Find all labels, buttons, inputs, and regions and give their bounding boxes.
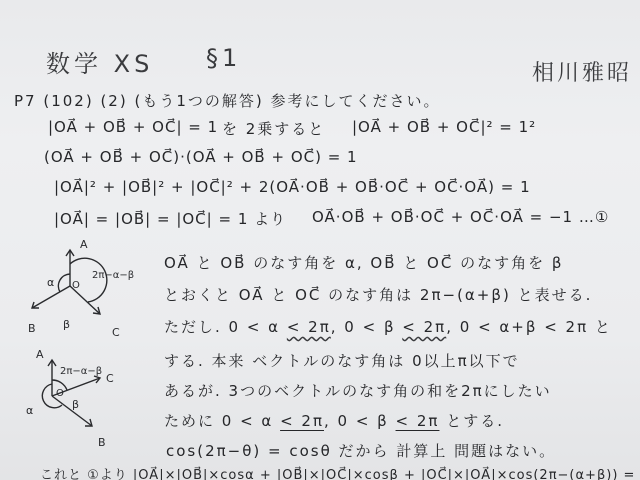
cond-b: , 0 < β — [331, 318, 403, 336]
label-c: C — [106, 372, 114, 385]
label-a: A — [36, 348, 44, 361]
cond-a: ただし. 0 < α — [164, 318, 287, 336]
label-c: C — [112, 326, 120, 339]
label-o: O — [72, 280, 80, 291]
notebook-page: 数学 XS §1 相川雅昭 P7 (102) (2) (もう1つの解答) 参考に… — [0, 0, 640, 480]
cond2-end: とする. — [439, 412, 504, 430]
problem-heading: P7 (102) (2) (もう1つの解答) 参考にしてください。 — [14, 90, 441, 111]
cond-sum: , 0 < α+β < 2π と — [446, 318, 612, 336]
label-rest: 2π−α−β — [60, 366, 102, 377]
label-beta: β — [72, 398, 79, 411]
cond-b-bound: < 2π — [402, 318, 446, 336]
cond2-a: ために 0 < α — [164, 412, 280, 430]
text-third-angle: とおくと OA⃗ と OC⃗ のなす角は 2π−(α+β) と表せる. — [164, 284, 592, 305]
angle-diagram-1: A B C O α β 2π−α−β — [20, 238, 140, 338]
equation-dot-product: (OA⃗ + OB⃗ + OC⃗)·(OA⃗ + OB⃗ + OC⃗) = 1 — [44, 148, 358, 166]
label-rest: 2π−α−β — [92, 270, 134, 281]
equation-expanded: |OA⃗|² + |OB⃗|² + |OC⃗|² + 2(OA⃗·OB⃗ + O… — [54, 178, 531, 196]
label-beta: β — [63, 318, 70, 331]
text-cos-identity: cos(2π−θ) = cosθ だから 計算上 問題はない。 — [166, 440, 556, 461]
equation-unit-lengths: |OA⃗| = |OB⃗| = |OC⃗| = 1 より — [54, 208, 286, 229]
text-conditions-2: ために 0 < α < 2π, 0 < β < 2π とする. — [164, 410, 504, 431]
text-final-equation: これと ①より |OA⃗|×|OB⃗|×cosα + |OB⃗|×|OC⃗|×c… — [40, 464, 640, 480]
label-o: O — [56, 388, 64, 399]
text-define-angles: OA⃗ と OB⃗ のなす角を α, OB⃗ と OC⃗ のなす角を β — [164, 252, 563, 273]
angle-diagram-2: A B C O α β 2π−α−β — [20, 348, 140, 448]
equation-1: OA⃗·OB⃗ + OB⃗·OC⃗ + OC⃗·OA⃗ = −1 …① — [312, 208, 609, 226]
text-note-sum: あるが. 3つのベクトルのなす角の和を2πにしたい — [164, 380, 552, 401]
label-b: B — [28, 322, 36, 335]
label-a: A — [80, 238, 88, 251]
equation-squared: |OA⃗ + OB⃗ + OC⃗|² = 1² — [352, 118, 536, 136]
section-number: §1 — [206, 44, 241, 72]
equation-given: |OA⃗ + OB⃗ + OC⃗| = 1 — [48, 118, 218, 136]
subject-title: 数学 XS — [46, 44, 153, 79]
label-b: B — [98, 436, 106, 449]
cond2-a-bound: < 2π — [280, 412, 324, 430]
cond2-b-bound: < 2π — [396, 412, 440, 430]
text-note-range: する. 本来 ベクトルのなす角は 0以上π以下で — [164, 350, 520, 371]
label-alpha: α — [26, 404, 33, 417]
label-alpha: α — [47, 276, 54, 289]
text-conditions: ただし. 0 < α < 2π, 0 < β < 2π, 0 < α+β < 2… — [164, 316, 612, 337]
text-square: を 2乗すると — [222, 118, 325, 139]
author-name: 相川雅昭 — [532, 56, 632, 87]
cond-a-bound: < 2π — [287, 318, 331, 336]
cond2-b: , 0 < β — [324, 412, 396, 430]
